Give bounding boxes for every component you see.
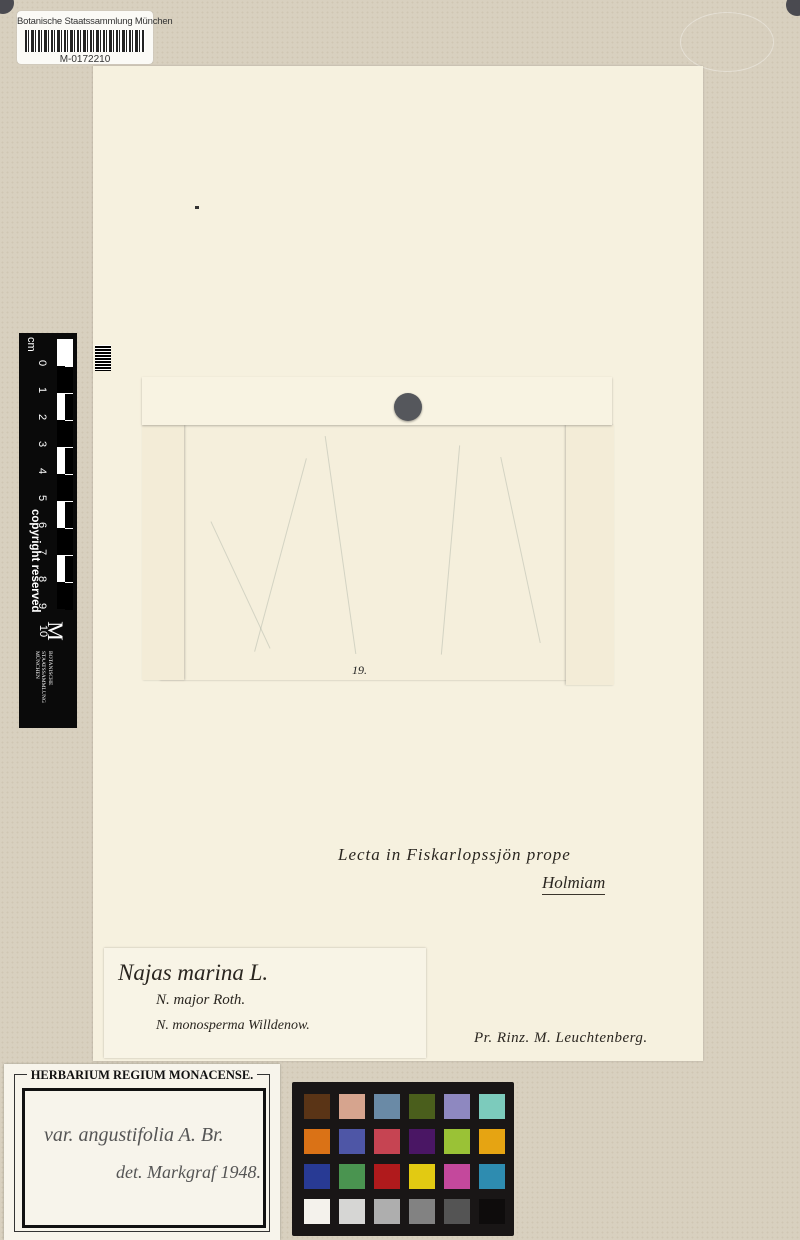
color-swatch	[479, 1164, 505, 1189]
packet-flap-top	[142, 377, 612, 425]
barcode-label: Botanische Staatssammlung München M-0172…	[17, 11, 153, 64]
catalog-number: M-0172210	[17, 54, 153, 65]
color-swatch	[444, 1199, 470, 1224]
locality-text: Lecta in Fiskarlopssjön prope	[338, 845, 571, 865]
color-swatch	[444, 1129, 470, 1154]
copyright-text: copyright reserved	[29, 509, 41, 613]
color-swatch	[409, 1094, 435, 1119]
debris-speck	[195, 206, 199, 209]
determiner-text: det. Markgraf 1948.	[116, 1162, 261, 1183]
magnet-pin-icon	[394, 393, 422, 421]
corner-magnet-icon	[0, 0, 14, 14]
packet-number: 19.	[352, 663, 367, 678]
scale-bar: cm 0 1 2 3 4 5 6 7 8 9 10 copyright rese…	[19, 333, 77, 728]
ruler-institution: BOTANISCHE STAATSSAMMLUNG MÜNCHEN	[34, 651, 54, 703]
mm-ticks	[95, 345, 111, 371]
color-swatch	[339, 1164, 365, 1189]
institution-logo-icon: M	[42, 621, 68, 641]
color-swatch	[409, 1129, 435, 1154]
variety-text: var. angustifolia A. Br.	[44, 1124, 224, 1147]
packet-flap-right	[566, 425, 614, 685]
color-swatch	[374, 1164, 400, 1189]
color-swatch	[479, 1094, 505, 1119]
color-swatch	[479, 1199, 505, 1224]
barcode-icon	[25, 30, 145, 52]
scale-unit: cm	[25, 337, 37, 352]
color-swatch	[479, 1129, 505, 1154]
taxon-name: Najas marina L.	[118, 960, 268, 986]
synonym: N. monosperma Willdenow.	[156, 1018, 310, 1034]
color-swatch	[339, 1199, 365, 1224]
label-inner-frame	[22, 1088, 266, 1228]
color-swatch	[374, 1094, 400, 1119]
color-swatch	[374, 1129, 400, 1154]
color-swatch	[409, 1199, 435, 1224]
scale-bar-track	[57, 339, 73, 609]
locality-text-continued: Holmiam	[542, 873, 605, 895]
collector-text: Pr. Rinz. M. Leuchtenberg.	[474, 1030, 648, 1047]
packet-flap-left	[142, 425, 184, 680]
synonym: N. major Roth.	[156, 992, 245, 1009]
color-checker-chart	[292, 1082, 514, 1236]
barcode-institution: Botanische Staatssammlung München	[17, 16, 153, 27]
color-swatch	[304, 1094, 330, 1119]
herbarium-label: HERBARIUM REGIUM MONACENSE. var. angusti…	[4, 1064, 280, 1240]
color-swatch	[339, 1094, 365, 1119]
color-swatch	[374, 1199, 400, 1224]
color-swatch	[339, 1129, 365, 1154]
label-title: HERBARIUM REGIUM MONACENSE.	[4, 1068, 280, 1083]
embossed-stamp	[680, 12, 774, 72]
determination-slip: Najas marina L. N. major Roth. N. monosp…	[104, 948, 426, 1058]
color-swatch	[304, 1199, 330, 1224]
color-swatch	[444, 1164, 470, 1189]
color-swatch	[409, 1164, 435, 1189]
color-swatch	[304, 1129, 330, 1154]
corner-magnet-icon	[786, 0, 800, 16]
color-swatch	[304, 1164, 330, 1189]
specimen-packet	[160, 425, 580, 680]
color-swatch	[444, 1094, 470, 1119]
